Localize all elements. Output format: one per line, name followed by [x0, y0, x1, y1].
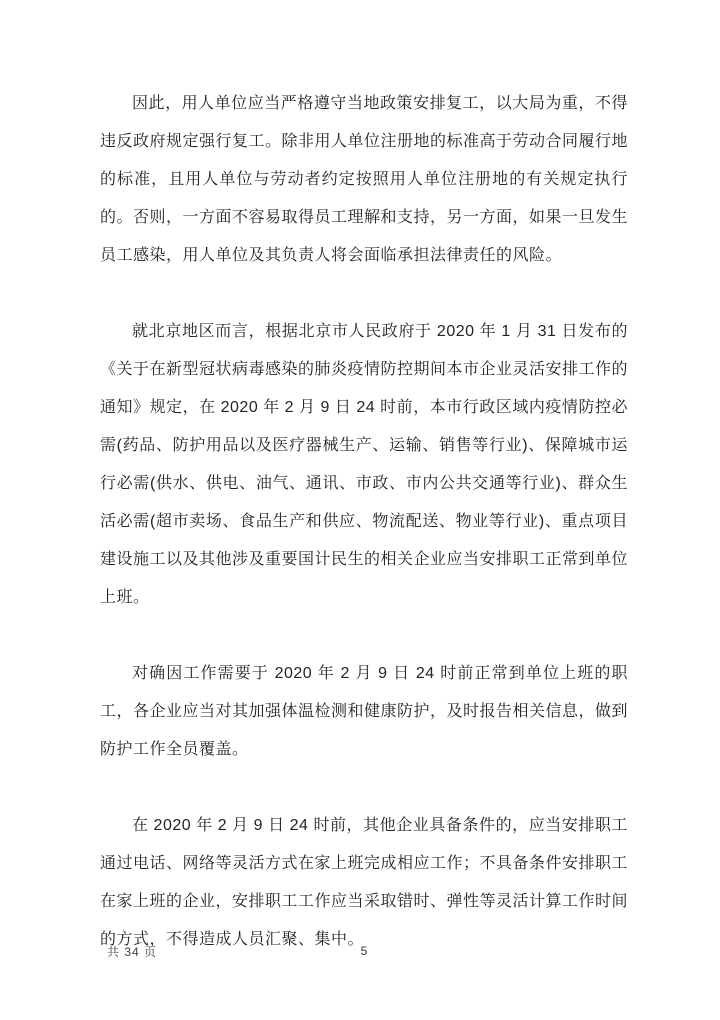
paragraph-health-protection: 对确因工作需要于 2020 年 2 月 9 日 24 时前正常到单位上班的职工，…	[100, 655, 628, 769]
document-page: 因此，用人单位应当严格遵守当地政策安排复工，以大局为重，不得违反政府规定强行复工…	[0, 0, 720, 1020]
paragraph-flexible-work: 在 2020 年 2 月 9 日 24 时前，其他企业具备条件的，应当安排职工通…	[100, 807, 628, 959]
page-footer: 共 34 页 5	[100, 941, 628, 961]
paragraph-beijing-notice: 就北京地区而言，根据北京市人民政府于 2020 年 1 月 31 日发布的《关于…	[100, 313, 628, 617]
paragraph-resume-work-policy: 因此，用人单位应当严格遵守当地政策安排复工，以大局为重，不得违反政府规定强行复工…	[100, 85, 628, 275]
total-pages-label: 共 34 页	[107, 943, 157, 960]
page-number: 5	[361, 944, 368, 958]
document-body: 因此，用人单位应当严格遵守当地政策安排复工，以大局为重，不得违反政府规定强行复工…	[100, 85, 628, 959]
